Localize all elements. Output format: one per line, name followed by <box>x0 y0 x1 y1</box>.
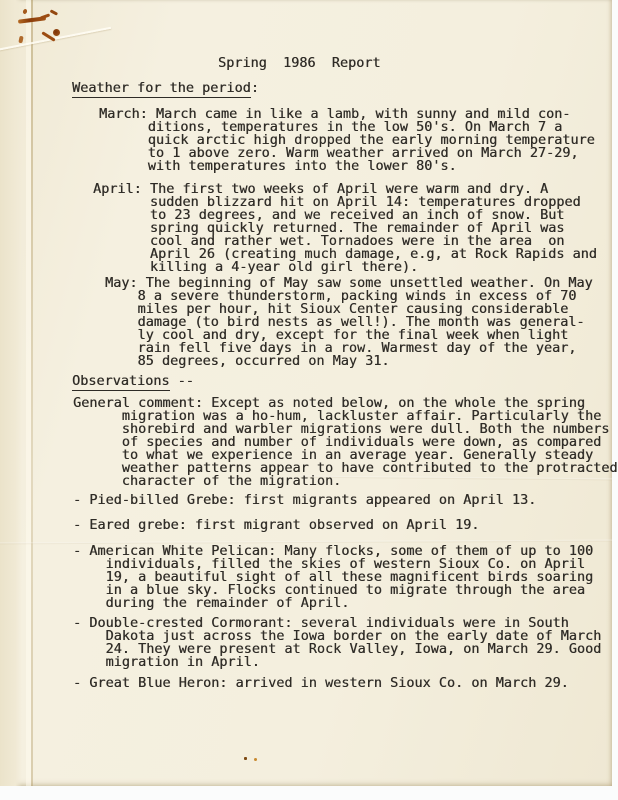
observation-eared-grebe: - Eared grebe: first migrant observed on… <box>73 519 479 532</box>
scanned-document-page: Spring 1986 Report Weather for the perio… <box>0 0 612 786</box>
weather-april-paragraph: April: The first two weeks of April were… <box>93 183 597 274</box>
general-comment-paragraph: General comment: Except as noted below, … <box>73 397 618 488</box>
weather-heading-underlined-text: Weather for the period <box>72 80 251 98</box>
weather-march-paragraph: March: March came in like a lamb, with s… <box>99 108 595 173</box>
weather-section-heading: Weather for the period: <box>72 82 259 95</box>
rust-stain-dash <box>50 9 58 15</box>
observation-american-white-pelican: - American White Pelican: Many flocks, s… <box>73 545 593 610</box>
observation-great-blue-heron: - Great Blue Heron: arrived in western S… <box>73 677 569 690</box>
observation-pied-billed-grebe: - Pied-billed Grebe: first migrants appe… <box>73 494 536 507</box>
observations-heading-underlined-text: Observations <box>72 373 170 391</box>
observations-heading-dashes: -- <box>170 373 194 389</box>
vertical-fold-crease <box>31 0 33 786</box>
observation-double-crested-cormorant: - Double-crested Cormorant: several indi… <box>73 617 601 669</box>
weather-heading-colon: : <box>251 80 259 96</box>
document-title: Spring 1986 Report <box>218 57 381 70</box>
ink-speck-dark <box>244 757 247 760</box>
observations-section-heading: Observations -- <box>72 375 194 388</box>
rust-stain-fleck <box>18 36 23 44</box>
rust-stain-blob <box>53 29 60 36</box>
paper-left-edge-shading <box>0 0 22 786</box>
weather-may-paragraph: May: The beginning of May saw some unset… <box>105 277 593 368</box>
ink-speck-light <box>254 758 257 761</box>
